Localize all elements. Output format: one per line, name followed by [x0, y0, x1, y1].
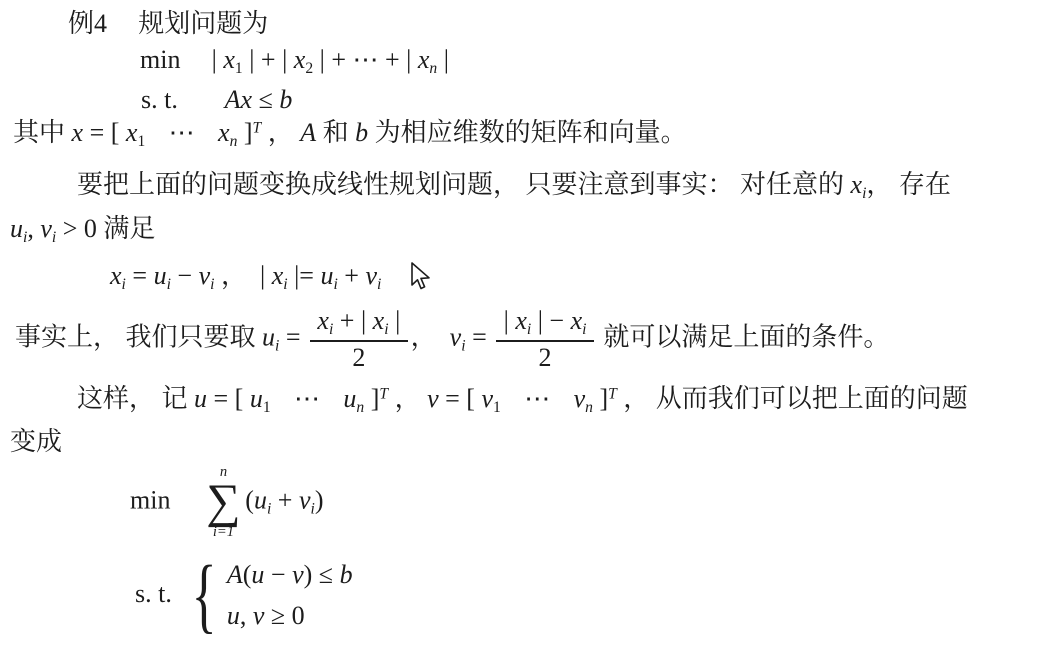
math-variable: b [340, 560, 353, 589]
text-run: s. t. [135, 579, 172, 608]
text-run: − [171, 261, 199, 290]
text-run: 规划问题为 [138, 9, 268, 38]
text-run: = [126, 261, 154, 290]
math-variable: x [218, 118, 230, 147]
text-run: | + ⋯ + | [313, 45, 418, 74]
text-run: ] [593, 384, 608, 413]
summation-symbol: n∑i=1 [206, 465, 240, 540]
math-fraction: xi + | xi |2 [310, 306, 407, 373]
text-run: ⋯ [524, 384, 550, 413]
math-variable: u [343, 384, 356, 413]
math-variable: x [418, 45, 430, 74]
text-run: = [ [439, 384, 482, 413]
sum-lower-limit: i=1 [213, 525, 234, 540]
math-variable: u [262, 322, 275, 351]
math-variable: x [373, 306, 385, 335]
text-run: , [240, 601, 253, 630]
text-run: ， [261, 118, 300, 147]
text-run: ， [411, 322, 450, 351]
math-variable: x [223, 45, 235, 74]
math-variable: v [292, 560, 304, 589]
math-variable: v [253, 601, 265, 630]
paragraph-uv-condition: ui, vi > 0 满足 [10, 213, 155, 247]
paragraph-becomes: 变成 [10, 426, 62, 459]
math-variable: b [279, 85, 292, 114]
fraction-numerator: | xi | − xi [496, 306, 593, 342]
math-variable: x [126, 118, 138, 147]
text-run: 事实上， 我们只要取 [15, 322, 262, 351]
math-variable: A [227, 560, 243, 589]
example-heading: 例4规划问题为 [68, 8, 268, 41]
case-row: u, v ≥ 0 [227, 600, 353, 633]
math-variable: x [72, 118, 84, 147]
text-run: = [ [207, 384, 250, 413]
math-variable: u [227, 601, 240, 630]
math-variable: u [254, 485, 267, 514]
superscript: T [253, 119, 262, 136]
text-run: | + | [243, 45, 294, 74]
fraction-denominator: 2 [539, 342, 552, 373]
text-run: s. t. [141, 85, 178, 114]
text-run: 变成 [10, 427, 62, 456]
text-run: min [130, 485, 170, 514]
math-variable: u [251, 560, 264, 589]
superscript: T [379, 385, 388, 402]
text-run: | [389, 306, 401, 335]
text-run: = [466, 322, 494, 351]
text-run: > 0 满足 [56, 214, 155, 243]
math-variable: v [481, 384, 493, 413]
math-variable: v [450, 322, 462, 351]
text-run: | − [531, 306, 570, 335]
text-run: 为相应维数的矩阵和向量。 [368, 118, 687, 147]
cases-rows: A(u − v) ≤ bu, v ≥ 0 [227, 559, 353, 633]
subscript: i [377, 276, 381, 293]
text-run: + [338, 261, 366, 290]
text-run: ⋯ [294, 384, 320, 413]
text-run: − [264, 560, 292, 589]
subscript: n [585, 399, 593, 416]
paragraph-definition: 其中 x = [ x1⋯xn ]T ， A 和 b 为相应维数的矩阵和向量。 [13, 117, 687, 151]
cases-group: {A(u − v) ≤ bu, v ≥ 0 [184, 556, 353, 636]
paragraph-fractions: 事实上， 我们只要取 ui = xi + | xi |2， vi = | xi … [15, 306, 889, 373]
text-run: 就可以满足上面的条件。 [597, 322, 890, 351]
text-run: ] [237, 118, 252, 147]
math-variable: x [571, 306, 583, 335]
text-run: ， [388, 384, 427, 413]
text-run: ， | [214, 261, 271, 290]
math-variable: v [574, 384, 586, 413]
text-run: 例4 [68, 9, 107, 38]
text-run: ， 从而我们可以把上面的问题 [617, 384, 968, 413]
objective-line-1: min| x1 | + | x2 | + ⋯ + | xn | [140, 44, 449, 78]
constraint-line-2: s. t.{A(u − v) ≤ bu, v ≥ 0 [135, 556, 353, 636]
math-variable: v [199, 261, 211, 290]
subscript: 1 [137, 133, 145, 150]
math-variable: u [10, 214, 23, 243]
text-run: ≥ 0 [264, 601, 304, 630]
constraint-line-1: s. t.Ax ≤ b [141, 84, 292, 117]
objective-line-2: minn∑i=1(ui + vi) [130, 465, 324, 540]
text-run: ， 存在 [866, 170, 951, 199]
math-variable: b [355, 118, 368, 147]
math-variable: x [515, 306, 527, 335]
text-run: + [271, 485, 299, 514]
left-brace-icon: { [191, 556, 216, 636]
math-variable: v [40, 214, 52, 243]
math-variable: x [110, 261, 122, 290]
math-variable: x [851, 170, 863, 199]
paragraph-transform: 要把上面的问题变换成线性规划问题， 只要注意到事实： 对任意的 xi， 存在 [77, 169, 951, 203]
text-run: | [212, 45, 224, 74]
text-run: 和 [316, 118, 355, 147]
text-run: ≤ [252, 85, 279, 114]
text-run: 其中 [13, 118, 72, 147]
math-variable: u [320, 261, 333, 290]
sigma-icon: ∑ [206, 480, 240, 524]
math-variable: A [300, 118, 316, 147]
fraction-numerator: xi + | xi | [310, 306, 407, 342]
text-run: = [279, 322, 307, 351]
subscript: 1 [235, 60, 243, 77]
math-variable: x [294, 45, 306, 74]
text-run: ⋯ [169, 118, 195, 147]
math-variable: u [154, 261, 167, 290]
subscript: 1 [493, 399, 501, 416]
text-run: min [140, 45, 180, 74]
page-root: 例4规划问题为min| x1 | + | x2 | + ⋯ + | xn |s.… [0, 0, 1053, 646]
text-run: ) [315, 485, 324, 514]
text-run: | [504, 306, 516, 335]
subscript: i [582, 321, 586, 338]
math-variable: v [365, 261, 377, 290]
math-variable: u [250, 384, 263, 413]
text-run: 要把上面的问题变换成线性规划问题， 只要注意到事实： 对任意的 [77, 170, 851, 199]
text-run: 2 [539, 343, 552, 372]
text-run: |= [288, 261, 321, 290]
text-run: 这样， 记 [77, 384, 194, 413]
text-run: = [ [83, 118, 126, 147]
text-run: + | [333, 306, 372, 335]
math-variable: Ax [225, 85, 252, 114]
text-run: ) ≤ [304, 560, 340, 589]
case-row: A(u − v) ≤ b [227, 559, 353, 592]
math-variable: v [427, 384, 439, 413]
math-variable: u [194, 384, 207, 413]
mouse-cursor-icon [409, 262, 431, 292]
text-run: ] [364, 384, 379, 413]
paragraph-vectors: 这样， 记 u = [ u1⋯un ]T ， v = [ v1⋯vn ]T ， … [77, 383, 968, 417]
subscript: 2 [305, 60, 313, 77]
math-fraction: | xi | − xi2 [496, 306, 593, 373]
fraction-denominator: 2 [352, 342, 365, 373]
superscript: T [608, 385, 617, 402]
text-run: ( [245, 485, 254, 514]
math-variable: v [299, 485, 311, 514]
text-run: , [27, 214, 40, 243]
math-variable: x [272, 261, 284, 290]
math-variable: x [317, 306, 329, 335]
text-run: | [437, 45, 449, 74]
text-run: 2 [352, 343, 365, 372]
equation-xi-uv: xi = ui − vi ， | xi |= ui + vi [110, 260, 381, 294]
subscript: 1 [263, 399, 271, 416]
